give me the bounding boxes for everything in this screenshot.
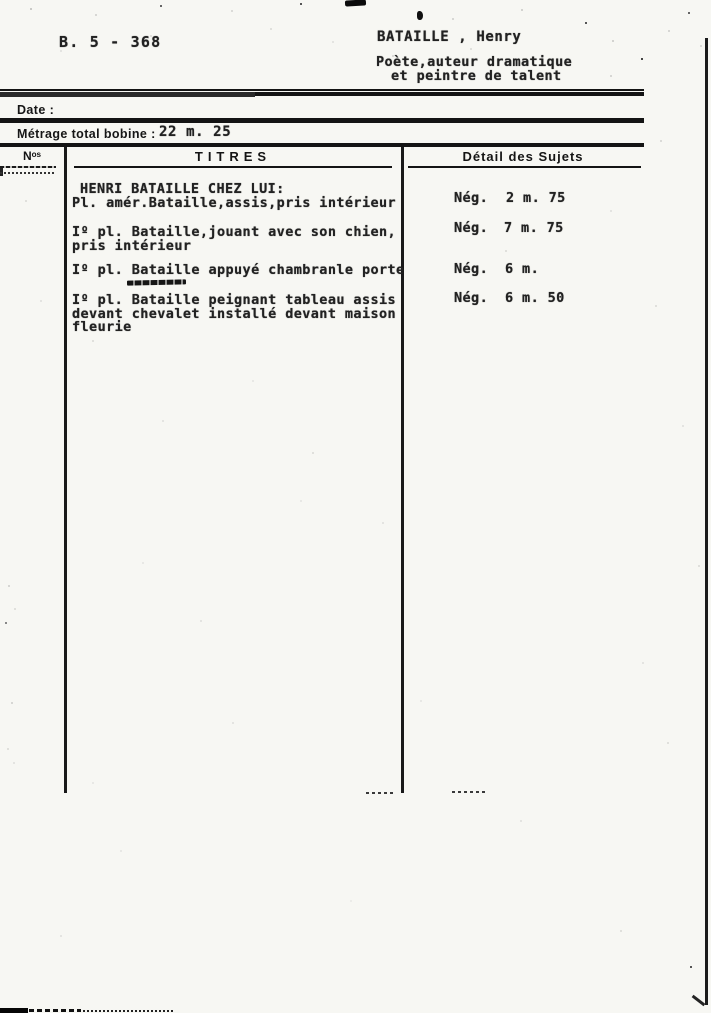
header-underline-details xyxy=(408,166,641,168)
person-name: BATAILLE , Henry xyxy=(377,30,521,44)
header-underline-number-dotted xyxy=(0,172,56,174)
scan-corner-artifact xyxy=(692,995,706,1007)
row1-title-line2: Pl. amér.Bataille,assis,pris intérieur xyxy=(72,196,396,210)
row4-title-line1: Iº pl. Bataille peignant tableau assis xyxy=(72,293,396,307)
column-header-details: Détail des Sujets xyxy=(402,149,644,164)
scan-underline-smudge xyxy=(127,279,186,285)
reference-number: B. 5 - 368 xyxy=(59,35,161,49)
date-label: Date : xyxy=(17,103,54,117)
rule-top-heavy-left xyxy=(0,92,255,97)
row3-detail-value: 6 m. xyxy=(505,262,539,276)
metrage-label: Métrage total bobine : xyxy=(17,127,156,141)
scan-ink-mark xyxy=(417,11,423,20)
row1-detail-value: 2 m. 75 xyxy=(506,191,566,205)
row4-detail-value: 6 m. 50 xyxy=(505,291,565,305)
row3-title-line1: Iº pl. Bataille appuyé chambranle porte xyxy=(72,263,405,277)
column-header-titles: TITRES xyxy=(65,149,401,164)
scan-noise-speckles xyxy=(0,0,2,2)
rule-table-top xyxy=(0,143,644,147)
row2-detail-value: 7 m. 75 xyxy=(504,221,564,235)
scan-bottom-dots xyxy=(83,1010,175,1012)
scan-mark-divider-end-right xyxy=(452,791,488,793)
person-description-line1: Poète,auteur dramatique xyxy=(376,55,572,69)
row2-title-line2: pris intérieur xyxy=(72,239,191,253)
header-underline-number xyxy=(0,166,56,168)
rule-date-thick xyxy=(0,120,644,123)
header-underline-titles xyxy=(74,166,392,168)
scan-smudge-top xyxy=(345,0,366,7)
row4-title-line3: fleurie xyxy=(72,320,132,334)
scan-bottom-dashes xyxy=(29,1009,81,1012)
row2-detail-label: Nég. xyxy=(454,221,488,235)
scan-mark-divider-end-left xyxy=(366,792,396,794)
row1-detail-label: Nég. xyxy=(454,191,488,205)
rule-top-thin xyxy=(0,89,644,91)
column-header-number: Nᵒˢ xyxy=(0,149,64,163)
column-divider-left xyxy=(64,147,67,793)
row3-detail-label: Nég. xyxy=(454,262,488,276)
metrage-value: 22 m. 25 xyxy=(159,125,231,139)
row1-title-line1: HENRI BATAILLE CHEZ LUI: xyxy=(80,182,285,196)
scanned-index-card: B. 5 - 368 BATAILLE , Henry Poète,auteur… xyxy=(0,0,711,1013)
person-description-line2: et peintre de talent xyxy=(391,69,562,83)
scan-right-edge-line xyxy=(705,38,708,1005)
row2-title-line1: Iº pl. Bataille,jouant avec son chien, xyxy=(72,225,396,239)
scan-bottom-bar xyxy=(0,1008,28,1013)
row4-detail-label: Nég. xyxy=(454,291,488,305)
column-divider-right xyxy=(401,147,404,793)
